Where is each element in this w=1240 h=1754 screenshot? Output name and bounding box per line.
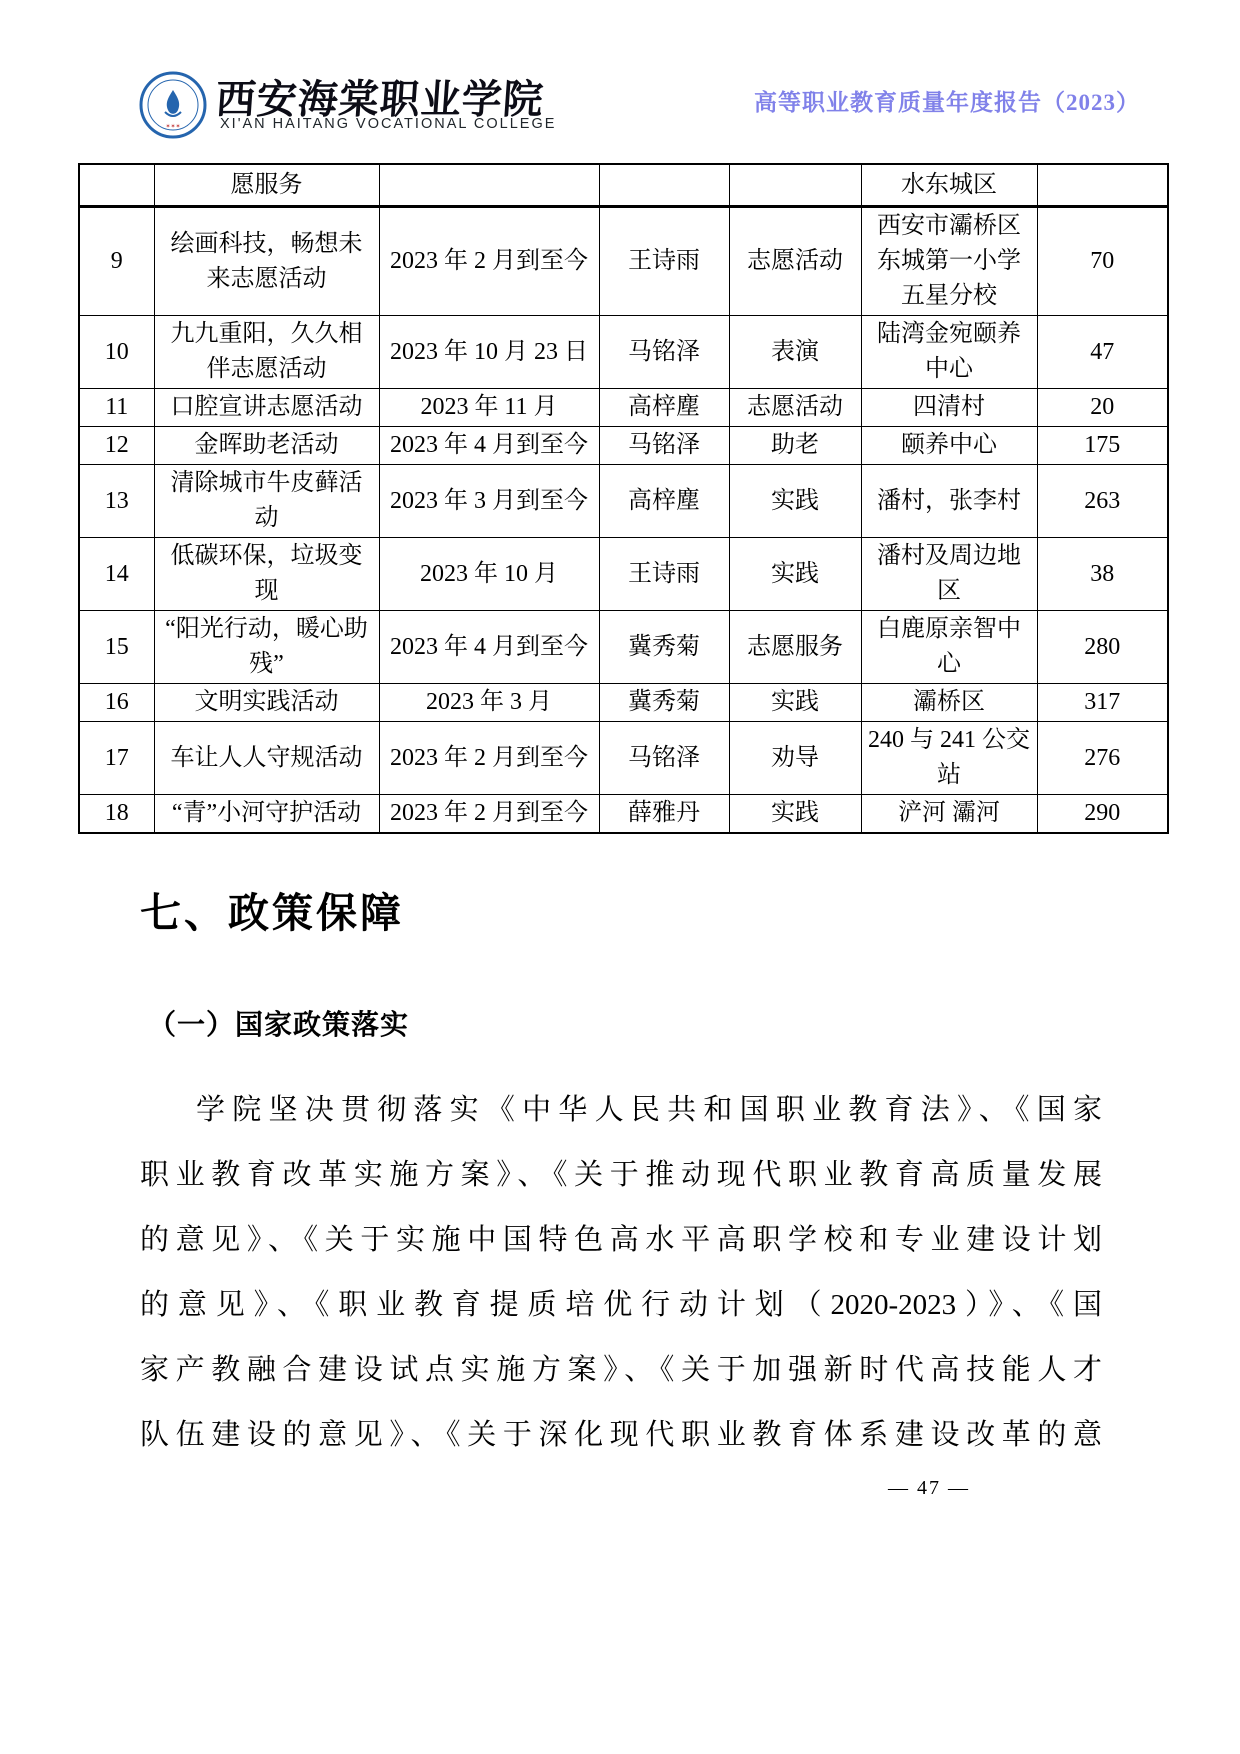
cell-activity: “青”小河守护活动: [154, 795, 379, 834]
cell-person: 冀秀菊: [599, 684, 729, 722]
table-row: 17 车让人人守规活动 2023 年 2 月到至今 马铭泽 劝导 240 与 2…: [79, 722, 1168, 795]
page-number: — 47 —: [888, 1477, 970, 1500]
cell-no: 15: [79, 611, 154, 684]
paragraph-line: 的意见》、《职业教育提质培优行动计划（2020-2023）》、《国: [140, 1273, 1102, 1338]
table-row: 9 绘画科技，畅想未来志愿活动 2023 年 2 月到至今 王诗雨 志愿活动 西…: [79, 207, 1168, 316]
cell-form: 劝导: [729, 722, 861, 795]
cell-no: 11: [79, 389, 154, 427]
table-row: 10 九九重阳，久久相伴志愿活动 2023 年 10 月 23 日 马铭泽 表演…: [79, 316, 1168, 389]
cell-no: 12: [79, 427, 154, 465]
cell-person: 高梓塵: [599, 389, 729, 427]
volunteer-activity-table: 愿服务 水东城区 9 绘画科技，畅想未来志愿活动 2023 年 2 月到至今 王…: [78, 163, 1169, 834]
cell-place: 灞桥区: [861, 684, 1037, 722]
college-name-en: XI'AN HAITANG VOCATIONAL COLLEGE: [220, 116, 556, 132]
cell-count: 70: [1037, 207, 1168, 316]
cell-no: 17: [79, 722, 154, 795]
cell-activity: 愿服务: [154, 164, 379, 207]
cell-no: 9: [79, 207, 154, 316]
svg-text:✶✶✶: ✶✶✶: [165, 123, 180, 130]
cell-count: 175: [1037, 427, 1168, 465]
cell-activity: 清除城市牛皮藓活动: [154, 465, 379, 538]
cell-place: 西安市灞桥区东城第一小学五星分校: [861, 207, 1037, 316]
cell-time: 2023 年 2 月到至今: [379, 207, 599, 316]
cell-person: [599, 164, 729, 207]
cell-time: 2023 年 3 月到至今: [379, 465, 599, 538]
cell-form: 实践: [729, 795, 861, 834]
cell-count: 38: [1037, 538, 1168, 611]
cell-form: 志愿活动: [729, 207, 861, 316]
cell-no: [79, 164, 154, 207]
cell-person: 王诗雨: [599, 207, 729, 316]
paragraph-line: 职业教育改革实施方案》、《关于推动现代职业教育高质量发展: [140, 1143, 1102, 1208]
paragraph-line: 的意见》、《关于实施中国特色高水平高职学校和专业建设计划: [140, 1208, 1102, 1273]
cell-time: 2023 年 10 月 23 日: [379, 316, 599, 389]
table-row: 11 口腔宣讲志愿活动 2023 年 11 月 高梓塵 志愿活动 四清村 20: [79, 389, 1168, 427]
cell-time: 2023 年 11 月: [379, 389, 599, 427]
document-page: ✶✶✶ 西安海棠职业学院 XI'AN HAITANG VOCATIONAL CO…: [0, 0, 1240, 1754]
cell-place: 潘村，张李村: [861, 465, 1037, 538]
cell-person: 王诗雨: [599, 538, 729, 611]
cell-form: 表演: [729, 316, 861, 389]
cell-form: 实践: [729, 465, 861, 538]
cell-no: 16: [79, 684, 154, 722]
cell-no: 13: [79, 465, 154, 538]
cell-place: 四清村: [861, 389, 1037, 427]
cell-activity: 九九重阳，久久相伴志愿活动: [154, 316, 379, 389]
report-title: 高等职业教育质量年度报告（2023）: [754, 84, 1140, 117]
cell-place: 240 与 241 公交站: [861, 722, 1037, 795]
cell-count: [1037, 164, 1168, 207]
cell-person: 高梓塵: [599, 465, 729, 538]
cell-form: [729, 164, 861, 207]
cell-activity: “阳光行动，暖心助残”: [154, 611, 379, 684]
cell-count: 290: [1037, 795, 1168, 834]
cell-person: 薛雅丹: [599, 795, 729, 834]
cell-count: 47: [1037, 316, 1168, 389]
cell-no: 18: [79, 795, 154, 834]
table-row: 18 “青”小河守护活动 2023 年 2 月到至今 薛雅丹 实践 浐河 灞河 …: [79, 795, 1168, 834]
paragraph-line: 队伍建设的意见》、《关于深化现代职业教育体系建设改革的意: [140, 1403, 1102, 1468]
cell-count: 280: [1037, 611, 1168, 684]
cell-place: 水东城区: [861, 164, 1037, 207]
cell-time: 2023 年 4 月到至今: [379, 611, 599, 684]
cell-count: 263: [1037, 465, 1168, 538]
cell-place: 浐河 灞河: [861, 795, 1037, 834]
cell-time: 2023 年 2 月到至今: [379, 722, 599, 795]
cell-count: 317: [1037, 684, 1168, 722]
cell-count: 276: [1037, 722, 1168, 795]
cell-place: 颐养中心: [861, 427, 1037, 465]
cell-time: 2023 年 10 月: [379, 538, 599, 611]
table-row: 14 低碳环保，垃圾变现 2023 年 10 月 王诗雨 实践 潘村及周边地区 …: [79, 538, 1168, 611]
cell-place: 潘村及周边地区: [861, 538, 1037, 611]
cell-activity: 金晖助老活动: [154, 427, 379, 465]
cell-count: 20: [1037, 389, 1168, 427]
table-row: 15 “阳光行动，暖心助残” 2023 年 4 月到至今 冀秀菊 志愿服务 白鹿…: [79, 611, 1168, 684]
cell-no: 14: [79, 538, 154, 611]
section-heading: 七、政策保障: [140, 880, 404, 939]
cell-activity: 文明实践活动: [154, 684, 379, 722]
cell-no: 10: [79, 316, 154, 389]
cell-person: 马铭泽: [599, 427, 729, 465]
table-row-carryover: 愿服务 水东城区: [79, 164, 1168, 207]
paragraph-line: 家产教融合建设试点实施方案》、《关于加强新时代高技能人才: [140, 1338, 1102, 1403]
cell-activity: 车让人人守规活动: [154, 722, 379, 795]
cell-time: 2023 年 2 月到至今: [379, 795, 599, 834]
college-seal-icon: ✶✶✶: [138, 70, 208, 140]
cell-time: 2023 年 4 月到至今: [379, 427, 599, 465]
cell-form: 实践: [729, 538, 861, 611]
cell-time: [379, 164, 599, 207]
policy-paragraph: 学院坚决贯彻落实《中华人民共和国职业教育法》、《国家 职业教育改革实施方案》、《…: [140, 1078, 1102, 1468]
cell-form: 志愿活动: [729, 389, 861, 427]
cell-form: 助老: [729, 427, 861, 465]
table-row: 13 清除城市牛皮藓活动 2023 年 3 月到至今 高梓塵 实践 潘村，张李村…: [79, 465, 1168, 538]
cell-person: 马铭泽: [599, 722, 729, 795]
cell-place: 陆湾金宛颐养中心: [861, 316, 1037, 389]
cell-person: 马铭泽: [599, 316, 729, 389]
cell-activity: 低碳环保，垃圾变现: [154, 538, 379, 611]
section-subheading: （一）国家政策落实: [148, 1003, 409, 1043]
table-row: 12 金晖助老活动 2023 年 4 月到至今 马铭泽 助老 颐养中心 175: [79, 427, 1168, 465]
cell-form: 实践: [729, 684, 861, 722]
cell-activity: 绘画科技，畅想未来志愿活动: [154, 207, 379, 316]
cell-activity: 口腔宣讲志愿活动: [154, 389, 379, 427]
cell-form: 志愿服务: [729, 611, 861, 684]
cell-time: 2023 年 3 月: [379, 684, 599, 722]
cell-place: 白鹿原亲智中心: [861, 611, 1037, 684]
paragraph-line: 学院坚决贯彻落实《中华人民共和国职业教育法》、《国家: [140, 1078, 1102, 1143]
cell-person: 冀秀菊: [599, 611, 729, 684]
table-row: 16 文明实践活动 2023 年 3 月 冀秀菊 实践 灞桥区 317: [79, 684, 1168, 722]
